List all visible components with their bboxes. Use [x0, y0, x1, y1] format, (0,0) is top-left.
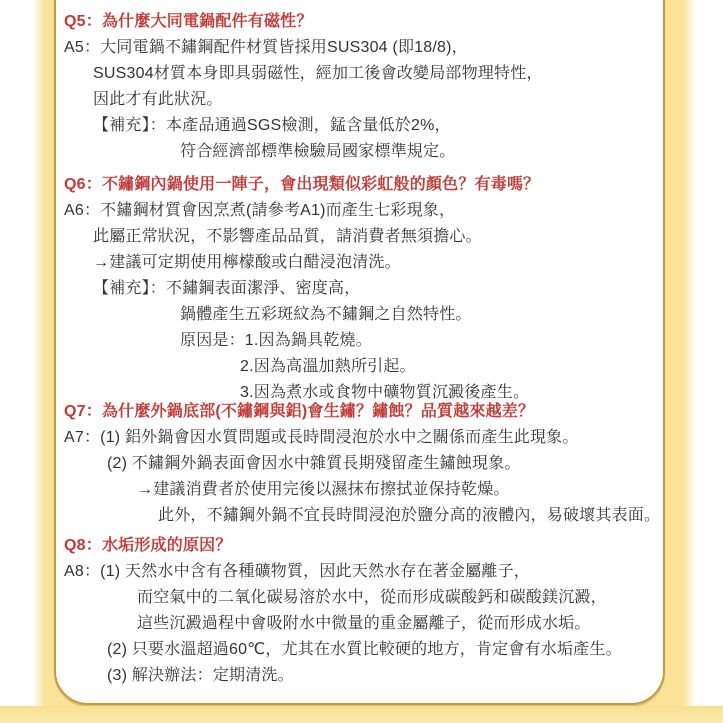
faq-content: 此外，不鏽鋼外鍋不宜長時間浸泡於鹽分高的液體內，易破壞其表面。 Q5：為什麼大同… [0, 0, 723, 723]
faq-answer-line: 而空氣中的二氧化碳易溶於水中，從而形成碳酸鈣和碳酸鎂沉澱， [64, 585, 664, 611]
faq-section: Q5：為什麼大同電鍋配件有磁性？A5：大同電鍋不鏽鋼配件材質皆採用SUS304 … [64, 9, 664, 165]
faq-answer-line: A7：(1) 鋁外鍋會因水質問題或長時間浸泡於水中之關係而產生此現象。 [64, 425, 664, 451]
faq-answer-line: (2) 只要水溫超過60℃，尤其在水質比較硬的地方，肯定會有水垢產生。 [64, 637, 664, 663]
faq-answer-line: (3) 解決辦法：定期清洗。 [64, 663, 664, 689]
faq-answer-line: →建議可定期使用檸檬酸或白醋浸泡清洗。 [64, 250, 664, 276]
faq-question-line: Q5：為什麼大同電鍋配件有磁性？ [64, 9, 664, 35]
faq-answer-line: 符合經濟部標準檢驗局國家標準規定。 [64, 139, 664, 165]
faq-question-line: Q6：不鏽鋼內鍋使用一陣子，會出現類似彩虹般的顏色？有毒嗎？ [64, 172, 664, 198]
faq-question-line: Q7：為什麼外鍋底部(不鏽鋼與鋁)會生鏽？鏽蝕？品質越來越差？ [64, 399, 664, 425]
faq-question-line: Q8：水垢形成的原因？ [64, 533, 664, 559]
faq-answer-line: A6：不鏽鋼材質會因烹煮(請參考A1)而產生七彩現象， [64, 198, 664, 224]
clipped-top-text: 此外，不鏽鋼外鍋不宜長時間浸泡於鹽分高的液體內，易破壞其表面。 [86, 0, 646, 5]
faq-answer-line: (2) 不鏽鋼外鍋表面會因水中雜質長期殘留產生鏽蝕現象。 [64, 451, 664, 477]
faq-answer-line: 這些沉澱過程中會吸附水中微量的重金屬離子，從而形成水垢。 [64, 611, 664, 637]
faq-answer-line: A5：大同電鍋不鏽鋼配件材質皆採用SUS304 (即18/8)， [64, 35, 664, 61]
faq-answer-line: 2.因為高溫加熱所引起。 [64, 354, 664, 380]
clipped-top-line: 此外，不鏽鋼外鍋不宜長時間浸泡於鹽分高的液體內，易破壞其表面。 [86, 0, 646, 5]
faq-answer-line: 原因是：1.因為鍋具乾燒。 [64, 328, 664, 354]
faq-section: Q8：水垢形成的原因？A8：(1) 天然水中含有各種礦物質，因此天然水存在著金屬… [64, 533, 664, 689]
faq-answer-line: 【補充】：本產品通過SGS檢測，錳含量低於2%， [64, 113, 664, 139]
faq-section: Q7：為什麼外鍋底部(不鏽鋼與鋁)會生鏽？鏽蝕？品質越來越差？A7：(1) 鋁外… [64, 399, 664, 529]
faq-answer-line: 因此才有此狀況。 [64, 87, 664, 113]
faq-answer-line: 鍋體產生五彩斑紋為不鏽鋼之自然特性。 [64, 302, 664, 328]
faq-answer-line: 此外，不鏽鋼外鍋不宜長時間浸泡於鹽分高的液體內，易破壞其表面。 [64, 503, 664, 529]
faq-answer-line: A8：(1) 天然水中含有各種礦物質，因此天然水存在著金屬離子， [64, 559, 664, 585]
faq-answer-line: 此屬正常狀況，不影響產品品質，請消費者無須擔心。 [64, 224, 664, 250]
faq-answer-line: 【補充】：不鏽鋼表面潔淨、密度高， [64, 276, 664, 302]
faq-section: Q6：不鏽鋼內鍋使用一陣子，會出現類似彩虹般的顏色？有毒嗎？A6：不鏽鋼材質會因… [64, 172, 664, 406]
faq-answer-line: SUS304材質本身即具弱磁性，經加工後會改變局部物理特性， [64, 61, 664, 87]
faq-answer-line: →建議消費者於使用完後以濕抹布擦拭並保持乾燥。 [64, 477, 664, 503]
